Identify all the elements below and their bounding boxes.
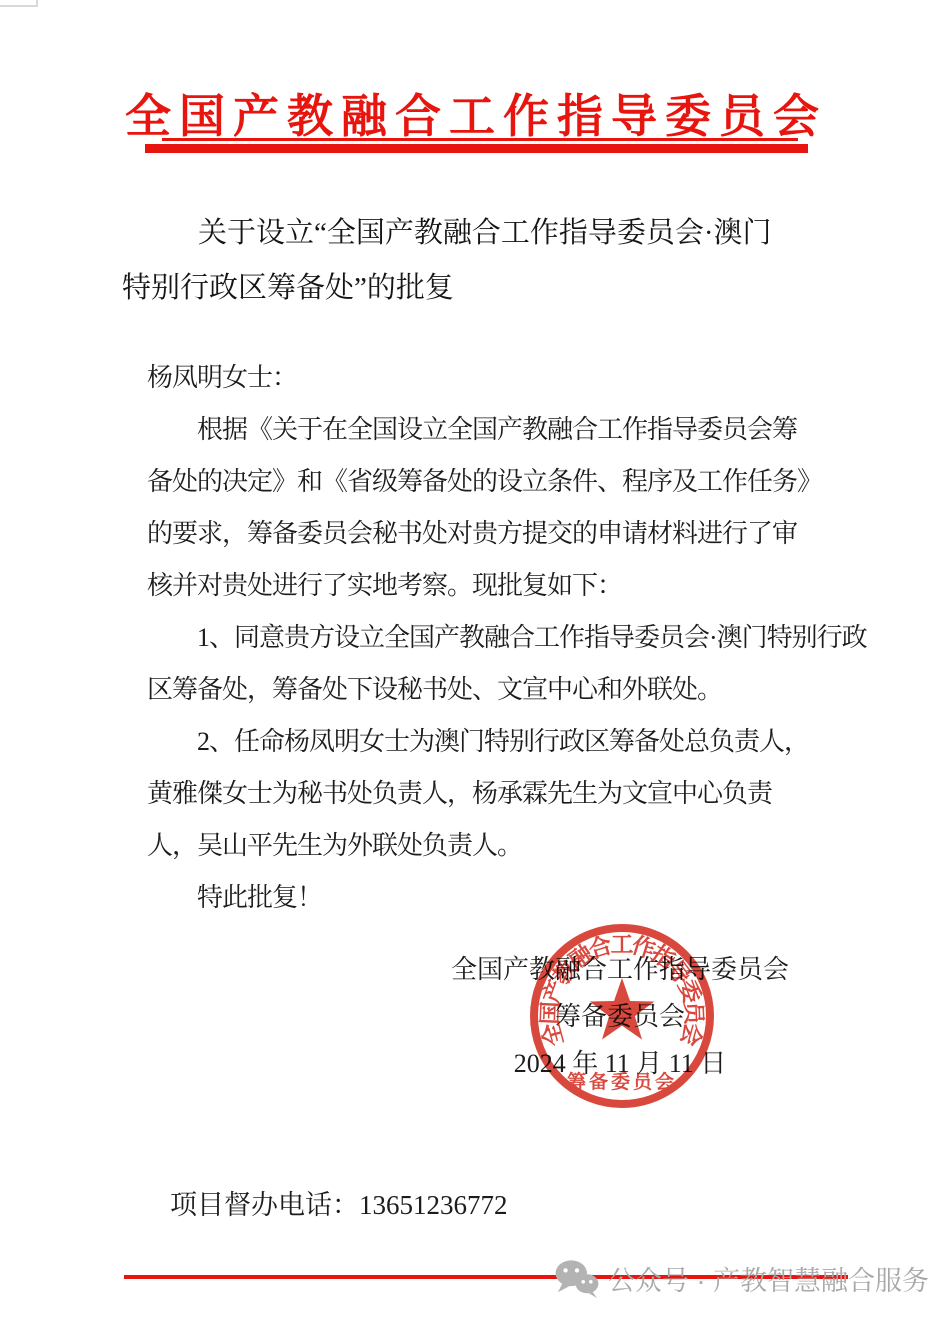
letter-body-lines: 杨凤明女士：根据《关于在全国设立全国产教融合工作指导委员会筹备处的决定》和《省级…	[147, 352, 847, 924]
body-line: 区筹备处，筹备处下设秘书处、文宣中心和外联处。	[147, 664, 847, 716]
official-letter-page: 全国产教融合工作指导委员会 关于设立“全国产教融合工作指导委员会·澳门 特别行政…	[0, 0, 952, 1323]
body-line: 杨凤明女士：	[147, 352, 847, 404]
wechat-watermark: 公众号 · 产教智慧融合服务	[554, 1256, 929, 1300]
letter-body: 杨凤明女士：根据《关于在全国设立全国产教融合工作指导委员会筹备处的决定》和《省级…	[147, 352, 847, 924]
seal-star-icon	[590, 978, 655, 1040]
wechat-icon	[554, 1258, 600, 1298]
body-line: 人，吴山平先生为外联处负责人。	[147, 820, 847, 872]
body-line: 2、任命杨凤明女士为澳门特别行政区筹备处总负责人，	[147, 716, 847, 768]
page-corner-artifact	[0, 0, 38, 7]
document-title-line2: 特别行政区筹备处”的批复	[122, 261, 852, 316]
body-line: 黄雅傑女士为秘书处负责人，杨承霖先生为文宣中心负责	[147, 768, 847, 820]
official-seal: 全国产教融合工作指导委员会 筹备委员会	[522, 916, 722, 1116]
contact-phone: 项目督办电话：13651236772	[170, 1183, 508, 1222]
watermark-label: 公众号 · 产教智慧融合服务	[608, 1259, 929, 1298]
document-title: 关于设立“全国产教融合工作指导委员会·澳门 特别行政区筹备处”的批复	[122, 206, 852, 316]
letterhead-rule-thick	[145, 144, 808, 153]
body-line: 备处的决定》和《省级筹备处的设立条件、程序及工作任务》	[147, 456, 847, 508]
body-line: 的要求，筹备委员会秘书处对贵方提交的申请材料进行了审	[147, 508, 847, 560]
seal-bottom-text: 筹备委员会	[567, 1070, 677, 1093]
letterhead-title: 全国产教融合工作指导委员会	[0, 80, 952, 146]
body-line: 核并对贵处进行了实地考察。现批复如下：	[147, 560, 847, 612]
body-line: 根据《关于在全国设立全国产教融合工作指导委员会筹	[147, 404, 847, 456]
body-line: 特此批复！	[147, 872, 847, 924]
letterhead-rule-thin	[162, 138, 798, 141]
body-line: 1、同意贵方设立全国产教融合工作指导委员会·澳门特别行政	[147, 612, 847, 664]
document-title-line1: 关于设立“全国产教融合工作指导委员会·澳门	[122, 206, 852, 261]
